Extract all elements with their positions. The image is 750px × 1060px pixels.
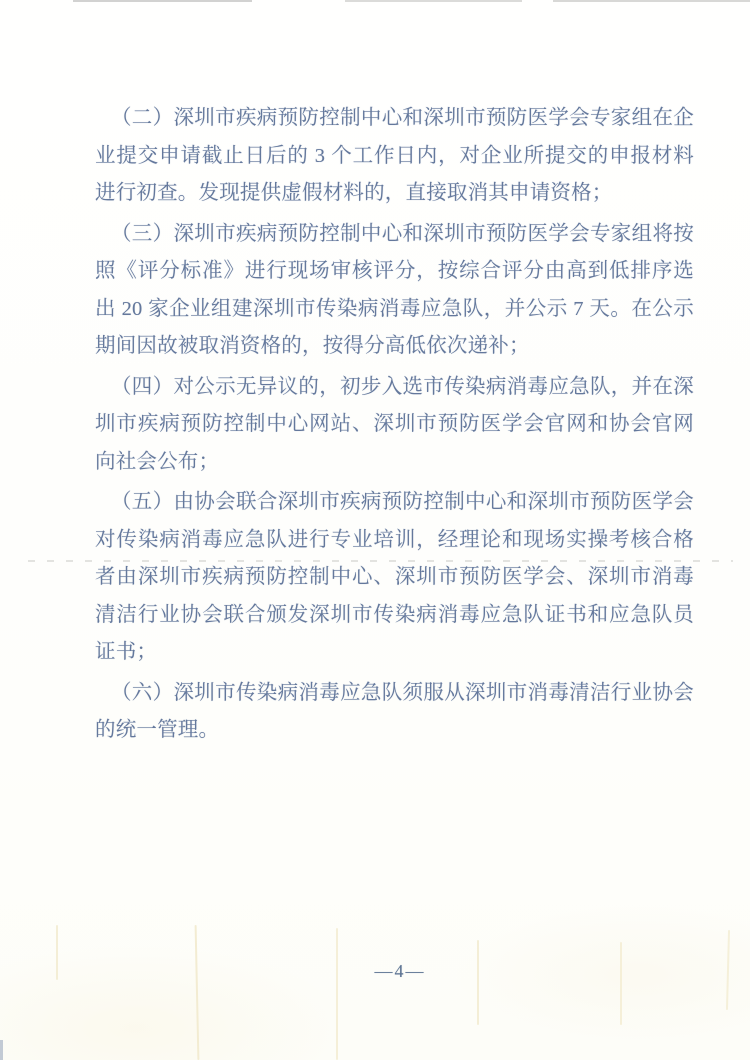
document-body: （二）深圳市疾病预防控制中心和深圳市预防医学会专家组在企业提交申请截止日后的 3… xyxy=(95,100,694,753)
scan-artifact-line xyxy=(620,942,622,1025)
paragraph-item-5: （五）由协会联合深圳市疾病预防控制中心和深圳市预防医学会对传染病消毒应急队进行专… xyxy=(95,484,694,672)
scan-artifact-line xyxy=(477,940,479,1025)
page-number: —4— xyxy=(25,961,750,982)
scan-edge-mark xyxy=(0,1040,3,1060)
scanned-document-page: （二）深圳市疾病预防控制中心和深圳市预防医学会专家组在企业提交申请截止日后的 3… xyxy=(0,0,750,1060)
scan-top-edge-line xyxy=(73,0,252,2)
scan-artifact-line xyxy=(195,925,200,1060)
scan-top-edge-line xyxy=(345,0,522,2)
scan-artifact-line xyxy=(336,928,338,1060)
scan-top-edge-line xyxy=(553,0,750,2)
paragraph-item-4: （四）对公示无异议的，初步入选市传染病消毒应急队，并在深圳市疾病预防控制中心网站… xyxy=(95,369,694,482)
paragraph-item-2: （二）深圳市疾病预防控制中心和深圳市预防医学会专家组在企业提交申请截止日后的 3… xyxy=(95,100,694,213)
paragraph-item-3: （三）深圳市疾病预防控制中心和深圳市预防医学会专家组将按照《评分标准》进行现场审… xyxy=(95,216,694,366)
paragraph-item-6: （六）深圳市传染病消毒应急队须服从深圳市消毒清洁行业协会的统一管理。 xyxy=(95,675,694,750)
